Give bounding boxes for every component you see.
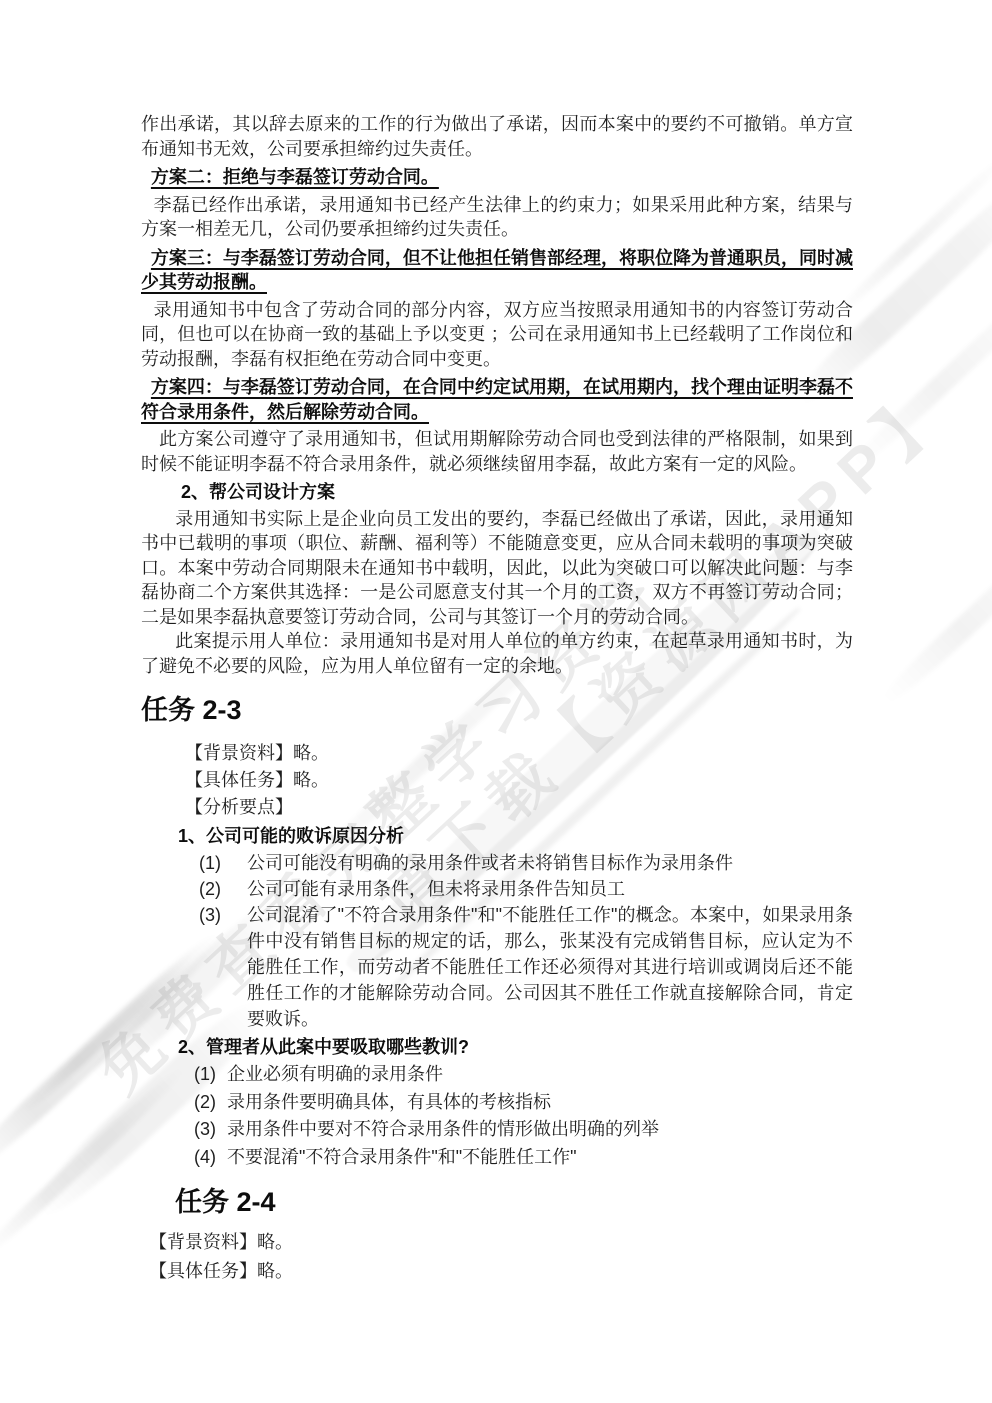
section1-list: (1) 公司可能没有明确的录用条件或者未将销售目标作为录用条件 (2) 公司可能…: [141, 850, 853, 1032]
list-item-text: 录用条件中要对不符合录用条件的情形做出明确的列举: [227, 1116, 853, 1144]
list-item-number: (2): [194, 1089, 227, 1117]
plan2-heading: 方案二：拒绝与李磊签订劳动合同。: [141, 165, 853, 190]
analysis-points-line: 【分析要点】: [185, 794, 853, 821]
brush-streak: [877, 516, 992, 709]
list-item: (4) 不要混淆"不符合录用条件"和"不能胜任工作": [141, 1144, 853, 1172]
plan4-heading: 方案四：与李磊签订劳动合同，在合同中约定试用期，在试用期内，找个理由证明李磊不符…: [141, 375, 853, 424]
design-plan-heading: 2、帮公司设计方案: [181, 480, 853, 505]
task-2-4-title: 任务 2-4: [175, 1186, 853, 1218]
list-item-text: 公司可能有录用条件，但未将录用条件告知员工: [247, 876, 853, 902]
list-item-text: 公司混淆了"不符合录用条件"和"不能胜任工作"的概念。本案中，如果录用条件中没有…: [247, 902, 853, 1032]
plan2-analysis-paragraph: 李磊已经作出承诺，录用通知书已经产生法律上的约束力；如果采用此种方案，结果与方案…: [141, 193, 853, 242]
specific-task-line: 【具体任务】略。: [149, 1257, 853, 1286]
section2-list: (1) 企业必须有明确的录用条件 (2) 录用条件要明确具体，有具体的考核指标 …: [141, 1061, 853, 1171]
document-body: 作出承诺，其以辞去原来的工作的行为做出了承诺，因而本案中的要约不可撤销。单方宣布…: [141, 112, 853, 1286]
brush-streak: [831, 148, 992, 320]
continued-paragraph: 作出承诺，其以辞去原来的工作的行为做出了承诺，因而本案中的要约不可撤销。单方宣布…: [141, 112, 853, 161]
list-item-number: (3): [194, 1116, 227, 1144]
brush-streak: [848, 267, 992, 473]
list-item-text: 企业必须有明确的录用条件: [227, 1061, 853, 1089]
list-item-number: (1): [199, 850, 247, 876]
section1-heading: 1、公司可能的败诉原因分析: [178, 823, 853, 850]
plan4-analysis-paragraph: 此方案公司遵守了录用通知书，但试用期解除劳动合同也受到法律的严格限制，如果到时候…: [141, 427, 853, 476]
background-info-line: 【背景资料】略。: [149, 1228, 853, 1257]
document-page: 免费查看完整学习资料 请下载【资源网APP】 作出承诺，其以辞去原来的工作的行为…: [0, 0, 992, 1403]
list-item: (3) 公司混淆了"不符合录用条件"和"不能胜任工作"的概念。本案中，如果录用条…: [141, 902, 853, 1032]
plan3-heading: 方案三：与李磊签订劳动合同，但不让他担任销售部经理，将职位降为普通职员，同时减少…: [141, 246, 853, 295]
employer-tip-paragraph: 此案提示用人单位：录用通知书是对用人单位的单方约束，在起草录用通知书时，为了避免…: [141, 629, 853, 678]
list-item-number: (3): [199, 902, 247, 1032]
list-item-number: (1): [194, 1061, 227, 1089]
section2-heading: 2、管理者从此案中要吸取哪些教训?: [178, 1034, 853, 1061]
list-item-number: (2): [199, 876, 247, 902]
list-item: (1) 企业必须有明确的录用条件: [141, 1061, 853, 1089]
task-2-3-title: 任务 2-3: [141, 694, 853, 726]
plan3-analysis-paragraph: 录用通知书中包含了劳动合同的部分内容，双方应当按照录用通知书的内容签订劳动合同，…: [141, 298, 853, 372]
background-info-line: 【背景资料】略。: [185, 740, 853, 767]
list-item: (3) 录用条件中要对不符合录用条件的情形做出明确的列举: [141, 1116, 853, 1144]
design-plan-paragraph: 录用通知书实际上是企业向员工发出的要约，李磊已经做出了承诺，因此，录用通知书中已…: [141, 507, 853, 630]
list-item-number: (4): [194, 1144, 227, 1172]
list-item: (1) 公司可能没有明确的录用条件或者未将销售目标作为录用条件: [141, 850, 853, 876]
list-item: (2) 公司可能有录用条件，但未将录用条件告知员工: [141, 876, 853, 902]
list-item: (2) 录用条件要明确具体，有具体的考核指标: [141, 1089, 853, 1117]
list-item-text: 录用条件要明确具体，有具体的考核指标: [227, 1089, 853, 1117]
list-item-text: 不要混淆"不符合录用条件"和"不能胜任工作": [227, 1144, 853, 1172]
list-item-text: 公司可能没有明确的录用条件或者未将销售目标作为录用条件: [247, 850, 853, 876]
specific-task-line: 【具体任务】略。: [185, 767, 853, 794]
